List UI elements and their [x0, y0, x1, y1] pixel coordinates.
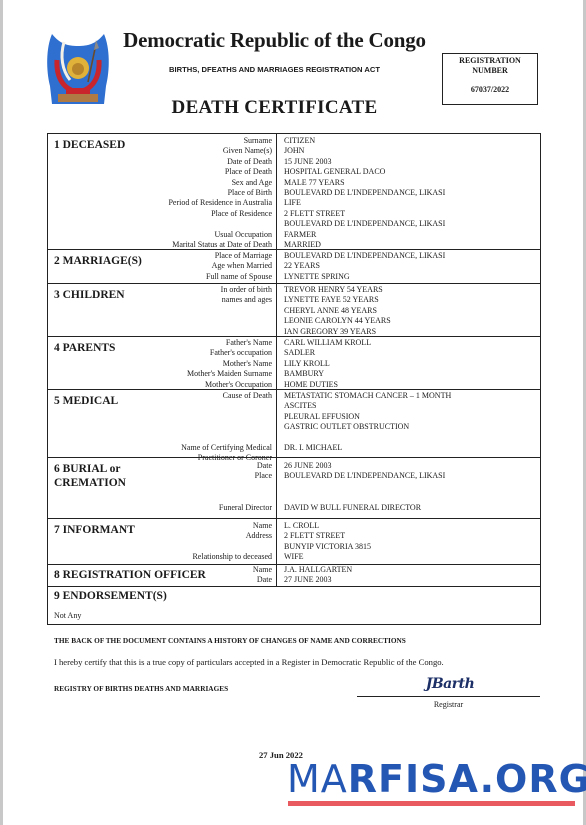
field-value: L. CROLL [284, 521, 536, 531]
field-value: MALE 77 YEARS [284, 178, 536, 188]
field-values: CARL WILLIAM KROLLSADLERLILY KROLLBAMBUR… [284, 338, 536, 390]
field-label [48, 316, 272, 326]
field-labels: Place of MarriageAge when MarriedFull na… [48, 251, 272, 282]
field-label: Place of Death [48, 167, 272, 177]
field-label: Father's occupation [48, 348, 272, 358]
field-label: Sex and Age [48, 178, 272, 188]
field-label [48, 433, 272, 443]
field-value: LILY KROLL [284, 359, 536, 369]
field-labels: SurnameGiven Name(s)Date of DeathPlace o… [48, 136, 272, 250]
section-burial: 6 BURIAL or CREMATION DatePlace Funeral … [48, 457, 540, 518]
field-value: 22 YEARS [284, 261, 536, 271]
field-value: BOULEVARD DE L'INDEPENDANCE, LIKASI [284, 219, 536, 229]
field-label: Date [48, 461, 272, 471]
watermark-logo: MARFISA.ORG [287, 757, 586, 801]
field-value: CHERYL ANNE 48 YEARS [284, 306, 536, 316]
field-label: Relationship to deceased [48, 552, 272, 562]
field-value [284, 492, 536, 502]
field-label [48, 422, 272, 432]
field-labels: DatePlace Funeral Director [48, 461, 272, 513]
field-value: LYNETTE FAYE 52 YEARS [284, 295, 536, 305]
field-value: DAVID W BULL FUNERAL DIRECTOR [284, 503, 536, 513]
field-label: Mother's Maiden Surname [48, 369, 272, 379]
section-heading: 9 ENDORSEMENT(S) [54, 589, 167, 603]
field-value: FARMER [284, 230, 536, 240]
field-label [48, 482, 272, 492]
field-value: LEONIE CAROLYN 44 YEARS [284, 316, 536, 326]
field-value: 2 FLETT STREET [284, 209, 536, 219]
field-values: CITIZENJOHN15 JUNE 2003HOSPITAL GENERAL … [284, 136, 536, 250]
country-title: Democratic Republic of the Congo [112, 28, 437, 53]
field-value: TREVOR HENRY 54 YEARS [284, 285, 536, 295]
field-value: PLEURAL EFFUSION [284, 412, 536, 422]
registration-number-box: REGISTRATION NUMBER 67037/2022 [442, 53, 538, 105]
field-label: Name [48, 521, 272, 531]
field-label [48, 219, 272, 229]
section-medical: 5 MEDICAL Cause of Death Name of Certify… [48, 389, 540, 457]
registry-label: REGISTRY OF BIRTHS DEATHS AND MARRIAGES [54, 684, 228, 693]
section-informant: 7 INFORMANT NameAddress Relationship to … [48, 518, 540, 564]
field-label [48, 542, 272, 552]
field-label: Age when Married [48, 261, 272, 271]
field-labels: Father's NameFather's occupationMother's… [48, 338, 272, 390]
field-label [48, 401, 272, 411]
field-value: LYNETTE SPRING [284, 272, 536, 282]
field-label: Period of Residence in Australia [48, 198, 272, 208]
endorsement-text: Not Any [54, 611, 81, 620]
field-label: In order of birth [48, 285, 272, 295]
field-values: BOULEVARD DE L'INDEPENDANCE, LIKASI22 YE… [284, 251, 536, 282]
certificate-table: 1 DECEASED SurnameGiven Name(s)Date of D… [47, 133, 541, 625]
field-label: Name of Certifying Medical [48, 443, 272, 453]
field-value: BOULEVARD DE L'INDEPENDANCE, LIKASI [284, 471, 536, 481]
field-value: SADLER [284, 348, 536, 358]
field-label [48, 492, 272, 502]
field-label: Place [48, 471, 272, 481]
field-label: Father's Name [48, 338, 272, 348]
field-value: 15 JUNE 2003 [284, 157, 536, 167]
field-value: METASTATIC STOMACH CANCER – 1 MONTH [284, 391, 536, 401]
field-label: Name [48, 565, 272, 575]
section-marriage: 2 MARRIAGE(S) Place of MarriageAge when … [48, 249, 540, 283]
field-value [284, 482, 536, 492]
field-value: WIFE [284, 552, 536, 562]
field-label: Cause of Death [48, 391, 272, 401]
field-labels: In order of birthnames and ages [48, 285, 272, 337]
signature-line [357, 696, 540, 697]
field-label: Surname [48, 136, 272, 146]
field-value: BAMBURY [284, 369, 536, 379]
field-value: BOULEVARD DE L'INDEPENDANCE, LIKASI [284, 188, 536, 198]
field-value: HOSPITAL GENERAL DACO [284, 167, 536, 177]
field-labels: NameDate [48, 565, 272, 586]
coat-of-arms-icon [44, 30, 112, 108]
back-of-document-note: THE BACK OF THE DOCUMENT CONTAINS A HIST… [54, 636, 406, 645]
field-label: Funeral Director [48, 503, 272, 513]
watermark-underline [288, 801, 575, 806]
field-label: Address [48, 531, 272, 541]
field-value: BUNYIP VICTORIA 3815 [284, 542, 536, 552]
section-endorsement: 9 ENDORSEMENT(S) Not Any [48, 586, 540, 624]
field-value: CARL WILLIAM KROLL [284, 338, 536, 348]
field-value: J.A. HALLGARTEN [284, 565, 536, 575]
registrar-signature: JBarth [405, 676, 495, 696]
field-values: J.A. HALLGARTEN27 JUNE 2003 [284, 565, 536, 586]
registration-number: 67037/2022 [443, 85, 537, 95]
section-deceased: 1 DECEASED SurnameGiven Name(s)Date of D… [48, 134, 540, 249]
registration-label-line2: NUMBER [443, 66, 537, 76]
certification-statement: I hereby certify that this is a true cop… [54, 657, 444, 667]
field-value: JOHN [284, 146, 536, 156]
field-value [284, 433, 536, 443]
field-value: ASCITES [284, 401, 536, 411]
field-labels: Cause of Death Name of Certifying Medica… [48, 391, 272, 464]
field-values: L. CROLL2 FLETT STREETBUNYIP VICTORIA 38… [284, 521, 536, 563]
watermark-light-part: MA [287, 757, 348, 801]
field-label: Usual Occupation [48, 230, 272, 240]
field-values: TREVOR HENRY 54 YEARSLYNETTE FAYE 52 YEA… [284, 285, 536, 337]
field-label: Mother's Name [48, 359, 272, 369]
watermark-bold-part: RFISA.ORG [348, 757, 586, 801]
field-label: Date of Death [48, 157, 272, 167]
field-label: Date [48, 575, 272, 585]
field-value: 2 FLETT STREET [284, 531, 536, 541]
field-value: BOULEVARD DE L'INDEPENDANCE, LIKASI [284, 251, 536, 261]
field-label: Given Name(s) [48, 146, 272, 156]
field-value: GASTRIC OUTLET OBSTRUCTION [284, 422, 536, 432]
field-label: Place of Marriage [48, 251, 272, 261]
field-value: LIFE [284, 198, 536, 208]
field-values: METASTATIC STOMACH CANCER – 1 MONTHASCIT… [284, 391, 536, 464]
section-registration-officer: 8 REGISTRATION OFFICER NameDate J.A. HAL… [48, 564, 540, 586]
field-values: 26 JUNE 2003BOULEVARD DE L'INDEPENDANCE,… [284, 461, 536, 513]
field-value: 26 JUNE 2003 [284, 461, 536, 471]
field-value: CITIZEN [284, 136, 536, 146]
field-label: Place of Birth [48, 188, 272, 198]
act-subtitle: BIRTHS, DFEATHS AND MARRIAGES REGISTRATI… [112, 65, 437, 74]
field-label: names and ages [48, 295, 272, 305]
field-label: Full name of Spouse [48, 272, 272, 282]
document-title: DEATH CERTIFICATE [112, 97, 437, 119]
page-edge-left [0, 0, 3, 825]
field-label [48, 306, 272, 316]
field-value: 27 JUNE 2003 [284, 575, 536, 585]
section-children: 3 CHILDREN In order of birthnames and ag… [48, 283, 540, 336]
field-value: DR. I. MICHAEL [284, 443, 536, 453]
registrar-label: Registrar [357, 700, 540, 709]
field-labels: NameAddress Relationship to deceased [48, 521, 272, 563]
registration-label-line1: REGISTRATION [443, 56, 537, 66]
section-parents: 4 PARENTS Father's NameFather's occupati… [48, 336, 540, 389]
field-label [48, 412, 272, 422]
field-label: Place of Residence [48, 209, 272, 219]
